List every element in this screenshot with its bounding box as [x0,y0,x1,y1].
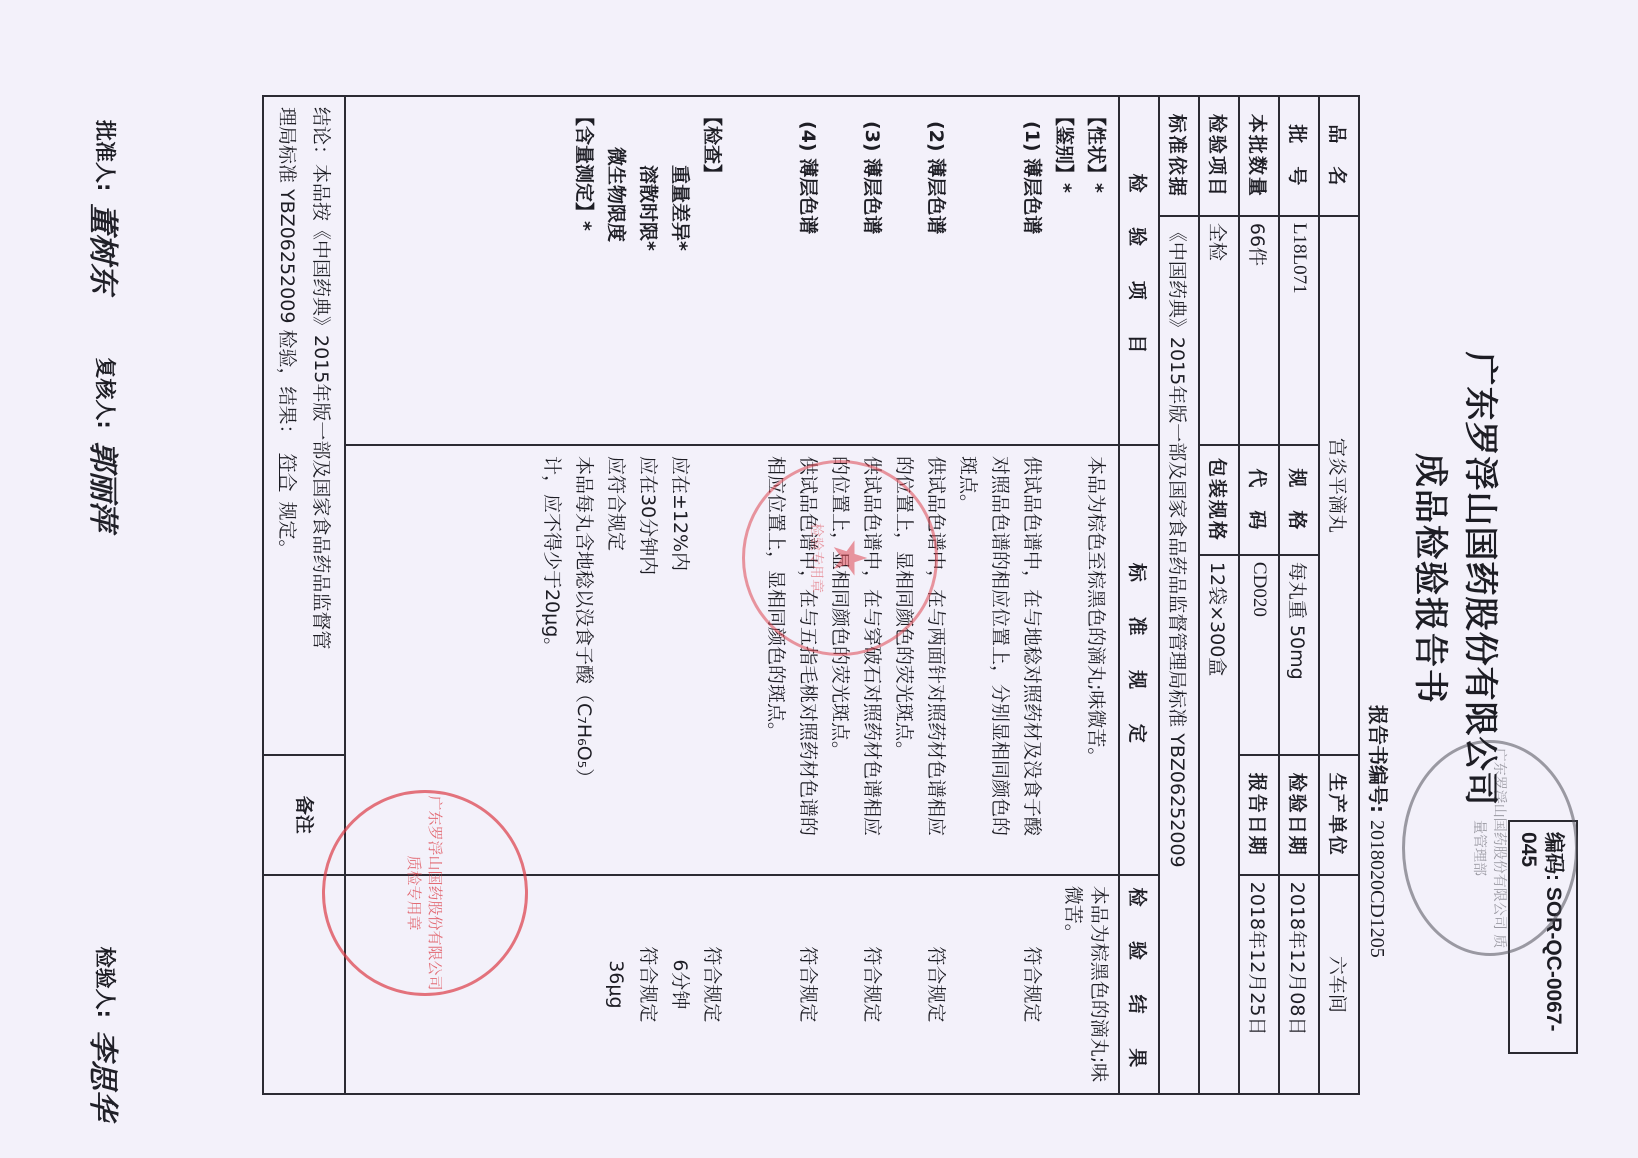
std-check-3: 应符合规定 [600,456,632,864]
std-id-2-line-2: 的位置上，显相同颜色的荧光斑点。 [888,456,920,864]
test-standards-column: 本品为棕色至棕黑色的滴丸;味微苦。 供试品色谱中，在与地稔对照药材及没食子酸 对… [345,445,1119,875]
product-name-label: 品 名 [1319,96,1359,216]
conclusion-line-2: 理局标准 YBZ06252009 检验，结果：符合规定。 [270,107,304,744]
remark-label: 备注 [263,755,345,875]
report-page: 编码: SOR-QC-0067-045 广东罗浮山国药股份有限公司 质量管理部 … [0,0,1638,1158]
row-batch: 批 号 L18L071 规 格 每丸重 50mg 检验日期 2018年12月08… [1279,96,1319,1094]
res-id-2: 符合规定 [920,886,952,1083]
inspect-date: 2018年12月08日 [1279,875,1319,1094]
std-assay-line-1: 本品每丸含地稔以没食子酸（C₇H₆O₅） [568,456,600,864]
std-id-1-line-1: 供试品色谱中，在与地稔对照药材及没食子酸 [1016,456,1048,864]
producer: 六车间 [1319,875,1359,1094]
inspector-signature: 李思华 [84,1030,128,1120]
test-assay-label: 【含量测定】* [568,107,600,434]
std-id-4-line-2: 相应位置上，显相同颜色的斑点。 [760,456,792,864]
test-check-1-label: 重量差异* [664,107,696,434]
items: 全检 [1199,216,1239,445]
row-conclusion: 结论：本品按《中国药典》2015年版一部及国家食品药品监督管 理局标准 YBZ0… [263,96,345,1094]
spec-label: 规 格 [1279,445,1319,555]
items-label: 检验项目 [1199,96,1239,216]
batch-number: L18L071 [1279,216,1319,445]
report-title: 成品检验报告书 [1409,0,1458,1158]
row-items: 检验项目 全检 包装规格 12袋×300盒 [1199,96,1239,1094]
company-name: 广东罗浮山国药股份有限公司 [1459,0,1508,1158]
row-tests: 【性状】* 【鉴别】* (1) 薄层色谱 (2) 薄层色谱 (3) 薄层色谱 (… [345,96,1119,1094]
test-id-1-label: (1) 薄层色谱 [1016,107,1048,434]
conclusion: 结论：本品按《中国药典》2015年版一部及国家食品药品监督管 理局标准 YBZ0… [263,96,345,755]
producer-label: 生产单位 [1319,755,1359,875]
reviewer-label: 复核人: [91,357,121,428]
col-header-item: 检 验 项 目 [1119,96,1159,445]
res-check-2: 6分钟 [664,886,696,1083]
test-id-2-label: (2) 薄层色谱 [920,107,952,434]
conclusion-text: 理局标准 YBZ06252009 检验，结果： [276,107,298,443]
row-quantity: 本批数量 66件 代 码 CD020 报告日期 2018年12月25日 [1239,96,1279,1094]
test-check-2-label: 溶散时限* [632,107,664,434]
row-standard: 标准依据 《中国药典》2015年版一部及国家食品药品监督管理局标准 YBZ062… [1159,96,1199,1094]
col-header-standard: 标 准 规 定 [1119,445,1159,875]
std-id-1-line-3: 斑点。 [952,456,984,864]
std-check-1: 应在±12%内 [664,456,696,864]
test-check-3-label: 微生物限度 [600,107,632,434]
test-items-column: 【性状】* 【鉴别】* (1) 薄层色谱 (2) 薄层色谱 (3) 薄层色谱 (… [345,96,1119,445]
std-id-3-line-1: 供试品色谱中，在与穿破石对照药材色谱相应 [856,456,888,864]
approver-label: 批准人: [91,120,121,191]
test-id-4-label: (4) 薄层色谱 [792,107,824,434]
report-date: 2018年12月25日 [1239,875,1279,1094]
approver-signature: 董树东 [84,203,128,293]
row-column-headers: 检 验 项 目 标 准 规 定 检 验 结 果 [1119,96,1159,1094]
test-id-3-label: (3) 薄层色谱 [856,107,888,434]
report-number-label: 报告书编号: [1366,705,1390,813]
report-number: 报告书编号: 2018020CD1205 [1365,705,1394,958]
conclusion-result: 符合 [276,443,298,501]
quantity-label: 本批数量 [1239,96,1279,216]
std-id-2-line-1: 供试品色谱中，在与两面针对照药材色谱相应 [920,456,952,864]
conclusion-tail: 规定。 [276,501,298,558]
res-id-3: 符合规定 [856,886,888,1083]
quantity: 66件 [1239,216,1279,445]
packaging-label: 包装规格 [1199,445,1239,555]
std-id-3-line-2: 的位置上，显相同颜色的荧光斑点。 [824,456,856,864]
row-product: 品 名 宫炎平滴丸 生产单位 六车间 [1319,96,1359,1094]
std-check-2: 应在30分钟内 [632,456,664,864]
std-id-4-line-1: 供试品色谱中，在与五指毛桃对照药材色谱的 [792,456,824,864]
remark-value [263,875,345,1094]
form-code-box: 编码: SOR-QC-0067-045 [1508,820,1578,1054]
col-header-result: 检 验 结 果 [1119,875,1159,1094]
spec: 每丸重 50mg [1279,555,1319,755]
inspect-date-label: 检验日期 [1279,755,1319,875]
packaging: 12袋×300盒 [1199,555,1239,1094]
res-appearance: 本品为棕黑色的滴丸;味微苦。 [1048,886,1112,1083]
reviewer-signature: 郭丽萍 [84,441,128,531]
product-code: CD020 [1239,555,1279,755]
conclusion-line-1: 结论：本品按《中国药典》2015年版一部及国家食品药品监督管 [304,107,338,744]
report-number-value: 2018020CD1205 [1366,820,1388,958]
report-date-label: 报告日期 [1239,755,1279,875]
report-table: 品 名 宫炎平滴丸 生产单位 六车间 批 号 L18L071 规 格 每丸重 5… [262,95,1360,1095]
test-identification-label: 【鉴别】* [1048,107,1080,434]
test-appearance-label: 【性状】* [1080,107,1112,434]
inspector-label: 检验人: [91,947,121,1018]
batch-label: 批 号 [1279,96,1319,216]
res-id-1: 符合规定 [1016,886,1048,1083]
test-check-label: 【检查】 [696,107,728,434]
standard-basis: 《中国药典》2015年版一部及国家食品药品监督管理局标准 YBZ06252009 [1159,216,1199,1094]
res-check-1: 符合规定 [696,886,728,1083]
res-assay: 36μg [600,886,632,1083]
std-id-1-line-2: 对照品色谱的相应位置上，分别显相同颜色的 [984,456,1016,864]
product-name: 宫炎平滴丸 [1319,216,1359,755]
std-appearance: 本品为棕色至棕黑色的滴丸;味微苦。 [1080,456,1112,864]
standard-label: 标准依据 [1159,96,1199,216]
res-check-3: 符合规定 [632,886,664,1083]
res-id-4: 符合规定 [792,886,824,1083]
std-assay-line-2: 计，应不得少于20μg。 [536,456,568,864]
code-label: 代 码 [1239,445,1279,555]
test-results-column: 本品为棕黑色的滴丸;味微苦。 符合规定 符合规定 符合规定 符合规定 符合规定 … [345,875,1119,1094]
signature-row: 批准人: 董树东 复核人: 郭丽萍 检验人: 李思华 [84,120,128,1120]
